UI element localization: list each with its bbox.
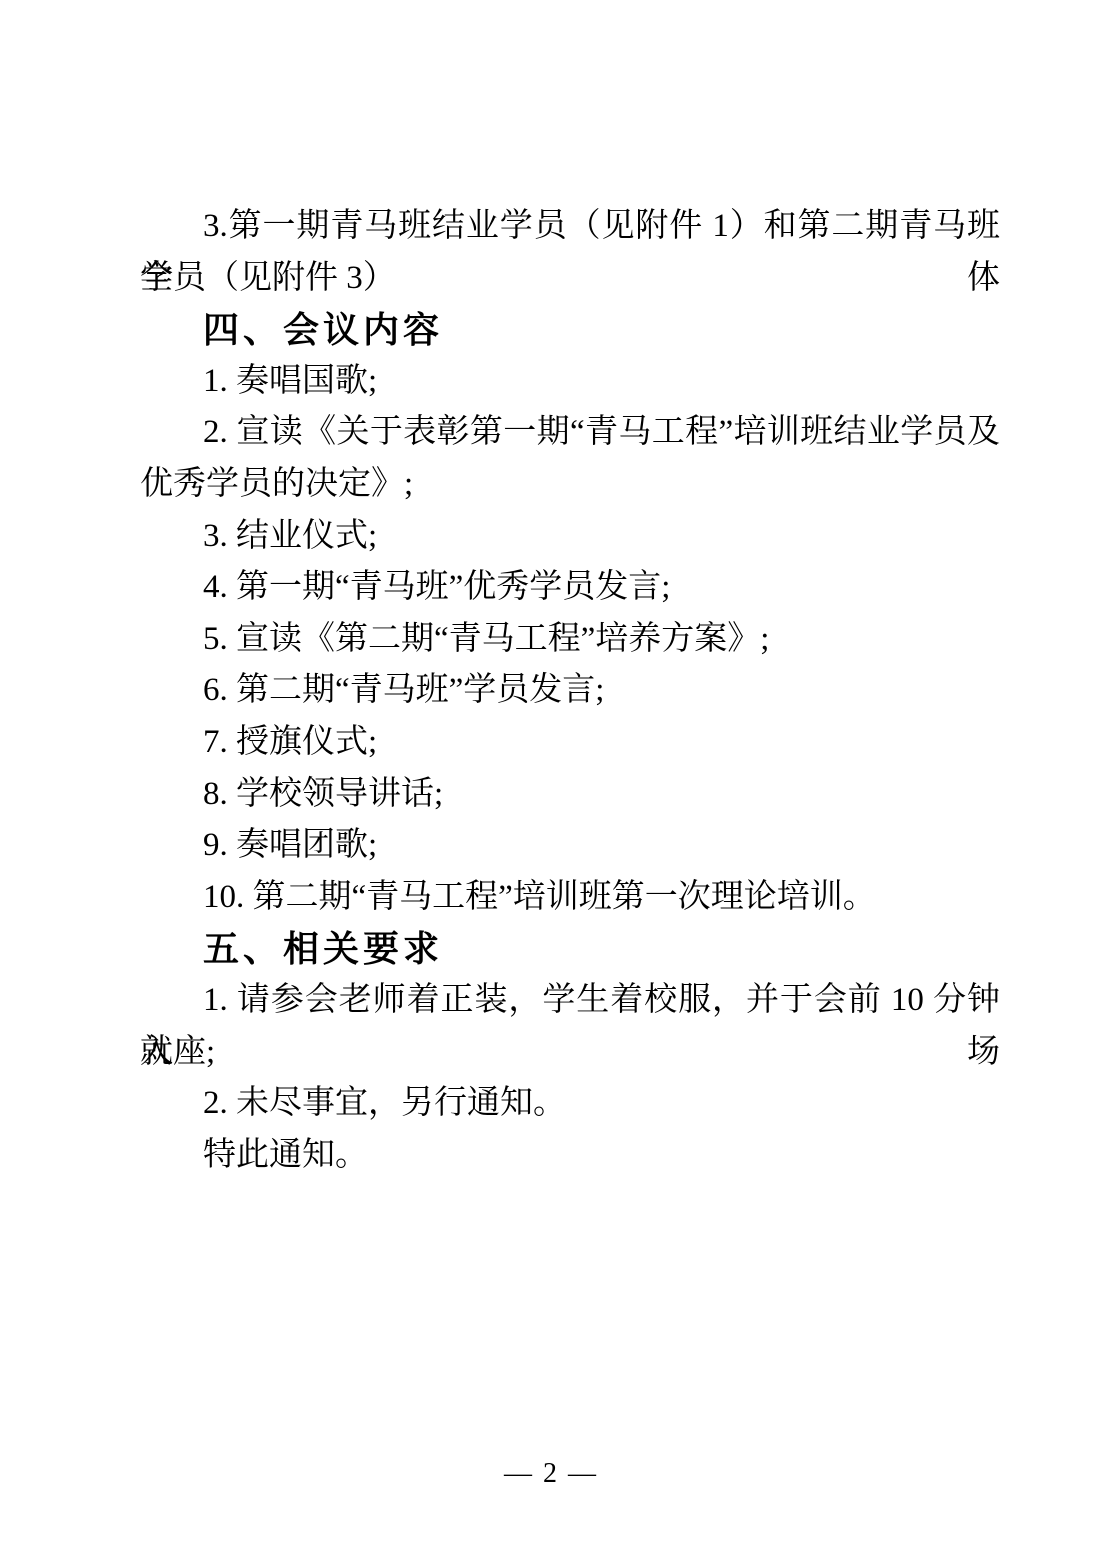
requirement-item-1-line-1: 1. 请参会老师着正装，学生着校服，并于会前 10 分钟入场 <box>140 975 1000 1027</box>
closing-note: 特此通知。 <box>140 1130 1000 1182</box>
document-page: 3.第一期青马班结业学员（见附件 1）和第二期青马班全体 学员（见附件 3） 四… <box>0 0 1102 1559</box>
agenda-item-2-line-1: 2. 宣读《关于表彰第一期“青马工程”培训班结业学员及 <box>140 407 1000 459</box>
section-heading-meeting-content: 四、会议内容 <box>140 304 1000 356</box>
agenda-item-3: 3. 结业仪式; <box>140 511 1000 563</box>
section-heading-requirements: 五、相关要求 <box>140 923 1000 975</box>
agenda-item-10: 10. 第二期“青马工程”培训班第一次理论培训。 <box>140 872 1000 924</box>
agenda-item-4: 4. 第一期“青马班”优秀学员发言; <box>140 562 1000 614</box>
agenda-item-1: 1. 奏唱国歌; <box>140 356 1000 408</box>
page-number: — 2 — <box>0 1458 1102 1490</box>
document-body: 3.第一期青马班结业学员（见附件 1）和第二期青马班全体 学员（见附件 3） 四… <box>140 201 1000 1181</box>
agenda-item-8: 8. 学校领导讲话; <box>140 769 1000 821</box>
agenda-item-7: 7. 授旗仪式; <box>140 717 1000 769</box>
requirement-item-2: 2. 未尽事宜，另行通知。 <box>140 1078 1000 1130</box>
agenda-item-2-line-2: 优秀学员的决定》; <box>140 459 1000 511</box>
agenda-item-6: 6. 第二期“青马班”学员发言; <box>140 665 1000 717</box>
agenda-item-9: 9. 奏唱团歌; <box>140 820 1000 872</box>
agenda-item-5: 5. 宣读《第二期“青马工程”培养方案》; <box>140 614 1000 666</box>
attendees-item-3-line-1: 3.第一期青马班结业学员（见附件 1）和第二期青马班全体 <box>140 201 1000 253</box>
